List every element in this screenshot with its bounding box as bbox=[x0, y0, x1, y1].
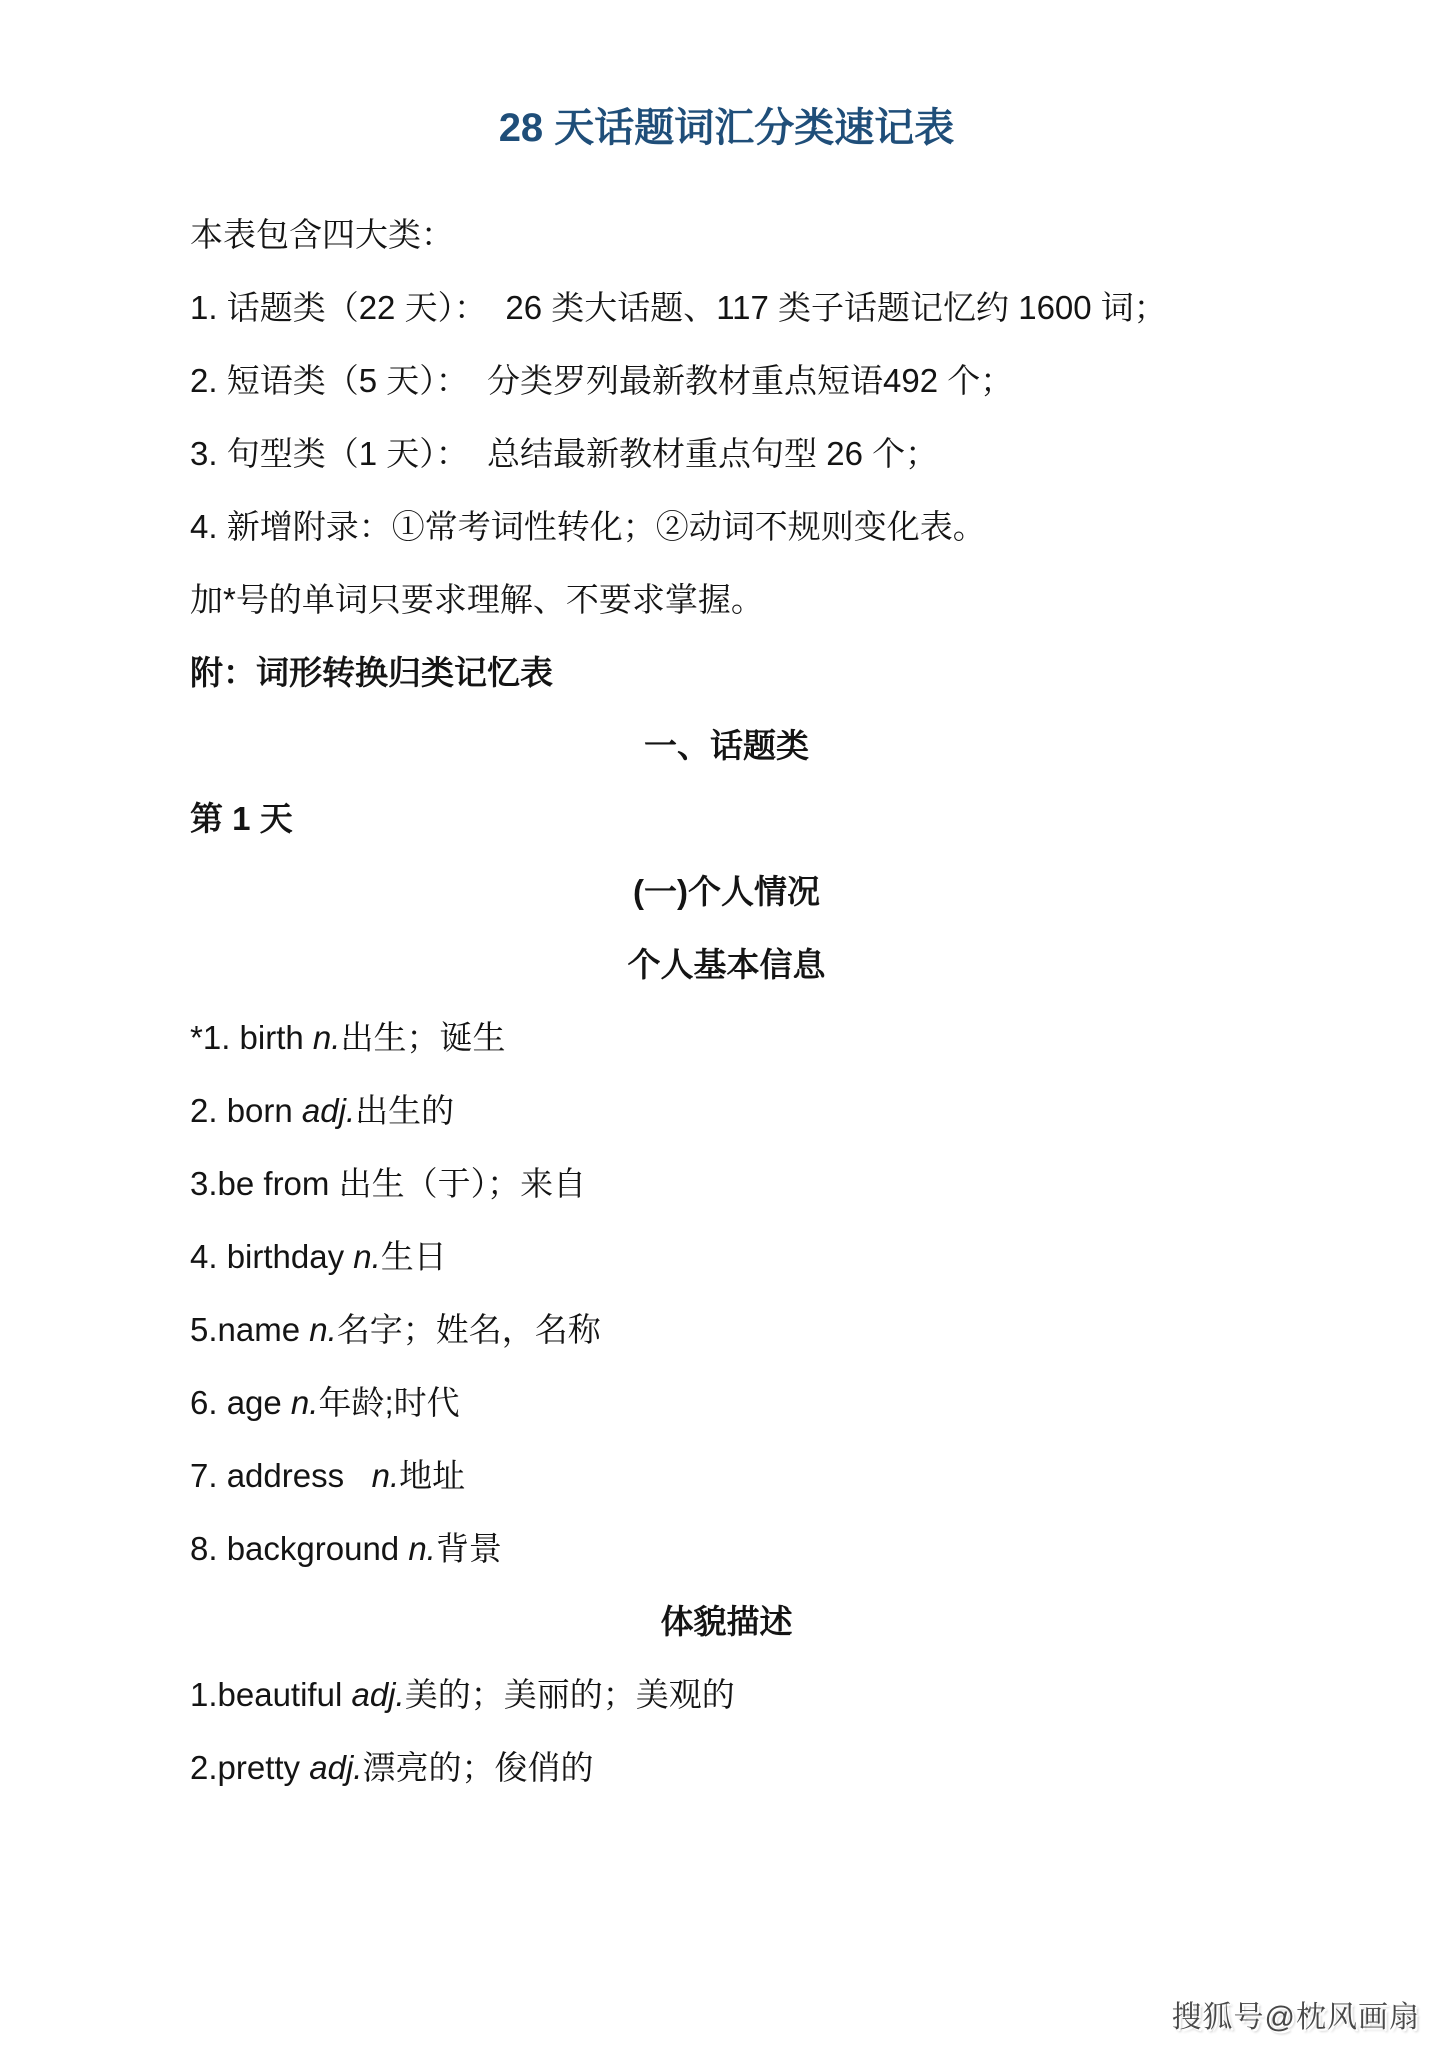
vocab-meaning: 名字；姓名，名称 bbox=[337, 1311, 601, 1348]
vocab-pos: adj. bbox=[351, 1676, 404, 1713]
vocab-pos: n. bbox=[309, 1311, 337, 1348]
day-heading: 第 1 天 bbox=[190, 782, 1263, 855]
vocab-word: 7. address bbox=[190, 1457, 372, 1494]
vocab-item-birth: *1. birth n.出生；诞生 bbox=[190, 1001, 1263, 1074]
vocab-item-name: 5.name n.名字；姓名，名称 bbox=[190, 1293, 1263, 1366]
subtopic-heading-appearance: 体貌描述 bbox=[190, 1585, 1263, 1658]
vocab-pos: n. bbox=[291, 1384, 319, 1421]
vocab-word: 3.be from 出生（于）；来自 bbox=[190, 1165, 586, 1202]
vocab-item-birthday: 4. birthday n.生日 bbox=[190, 1220, 1263, 1293]
vocab-meaning: 地址 bbox=[399, 1457, 465, 1494]
vocab-item-be-from: 3.be from 出生（于）；来自 bbox=[190, 1147, 1263, 1220]
vocab-meaning: 美的；美丽的；美观的 bbox=[405, 1676, 735, 1713]
vocab-word: 8. background bbox=[190, 1530, 408, 1567]
vocab-item-beautiful: 1.beautiful adj.美的；美丽的；美观的 bbox=[190, 1658, 1263, 1731]
category-item-4: 4. 新增附录：①常考词性转化；②动词不规则变化表。 bbox=[190, 490, 1263, 563]
topic-heading: (一)个人情况 bbox=[190, 855, 1263, 928]
vocab-meaning: 漂亮的；俊俏的 bbox=[362, 1749, 593, 1786]
vocab-word: 2. born bbox=[190, 1092, 302, 1129]
category-item-3: 3. 句型类（1 天）： 总结最新教材重点句型 26 个； bbox=[190, 417, 1263, 490]
vocab-word: 2.pretty bbox=[190, 1749, 309, 1786]
watermark-sohu: 搜狐号@枕风画扇 bbox=[1172, 1992, 1420, 2036]
category-item-2: 2. 短语类（5 天）： 分类罗列最新教材重点短语492 个； bbox=[190, 344, 1263, 417]
vocab-item-age: 6. age n.年龄;时代 bbox=[190, 1366, 1263, 1439]
vocab-meaning: 背景 bbox=[436, 1530, 502, 1567]
vocab-item-pretty: 2.pretty adj.漂亮的；俊俏的 bbox=[190, 1731, 1263, 1804]
vocab-item-address: 7. address n.地址 bbox=[190, 1439, 1263, 1512]
vocab-pos: adj. bbox=[302, 1092, 355, 1129]
section-heading: 一、话题类 bbox=[190, 709, 1263, 782]
subtopic-heading-basic-info: 个人基本信息 bbox=[190, 928, 1263, 1001]
vocab-pos: n. bbox=[372, 1457, 400, 1494]
vocab-word: 4. birthday bbox=[190, 1238, 353, 1275]
vocab-word: 1.beautiful bbox=[190, 1676, 351, 1713]
appendix-heading: 附：词形转换归类记忆表 bbox=[190, 636, 1263, 709]
vocab-word: 5.name bbox=[190, 1311, 309, 1348]
vocab-word: *1. birth bbox=[190, 1019, 313, 1056]
vocab-item-background: 8. background n.背景 bbox=[190, 1512, 1263, 1585]
vocab-pos: n. bbox=[408, 1530, 436, 1567]
document-page: 28 天话题词汇分类速记表 本表包含四大类： 1. 话题类（22 天）： 26 … bbox=[0, 0, 1448, 1804]
vocab-meaning: 出生的 bbox=[355, 1092, 454, 1129]
vocab-pos: n. bbox=[353, 1238, 381, 1275]
intro-line: 本表包含四大类： bbox=[190, 198, 1263, 271]
vocab-pos: adj. bbox=[309, 1749, 362, 1786]
vocab-item-born: 2. born adj.出生的 bbox=[190, 1074, 1263, 1147]
category-item-1: 1. 话题类（22 天）： 26 类大话题、117 类子话题记忆约 1600 词… bbox=[190, 271, 1263, 344]
vocab-meaning: 年龄;时代 bbox=[318, 1384, 459, 1421]
page-title: 28 天话题词汇分类速记表 bbox=[190, 100, 1263, 156]
note-line: 加*号的单词只要求理解、不要求掌握。 bbox=[190, 563, 1263, 636]
vocab-pos: n. bbox=[313, 1019, 341, 1056]
vocab-word: 6. age bbox=[190, 1384, 291, 1421]
vocab-meaning: 生日 bbox=[381, 1238, 447, 1275]
vocab-meaning: 出生；诞生 bbox=[340, 1019, 505, 1056]
